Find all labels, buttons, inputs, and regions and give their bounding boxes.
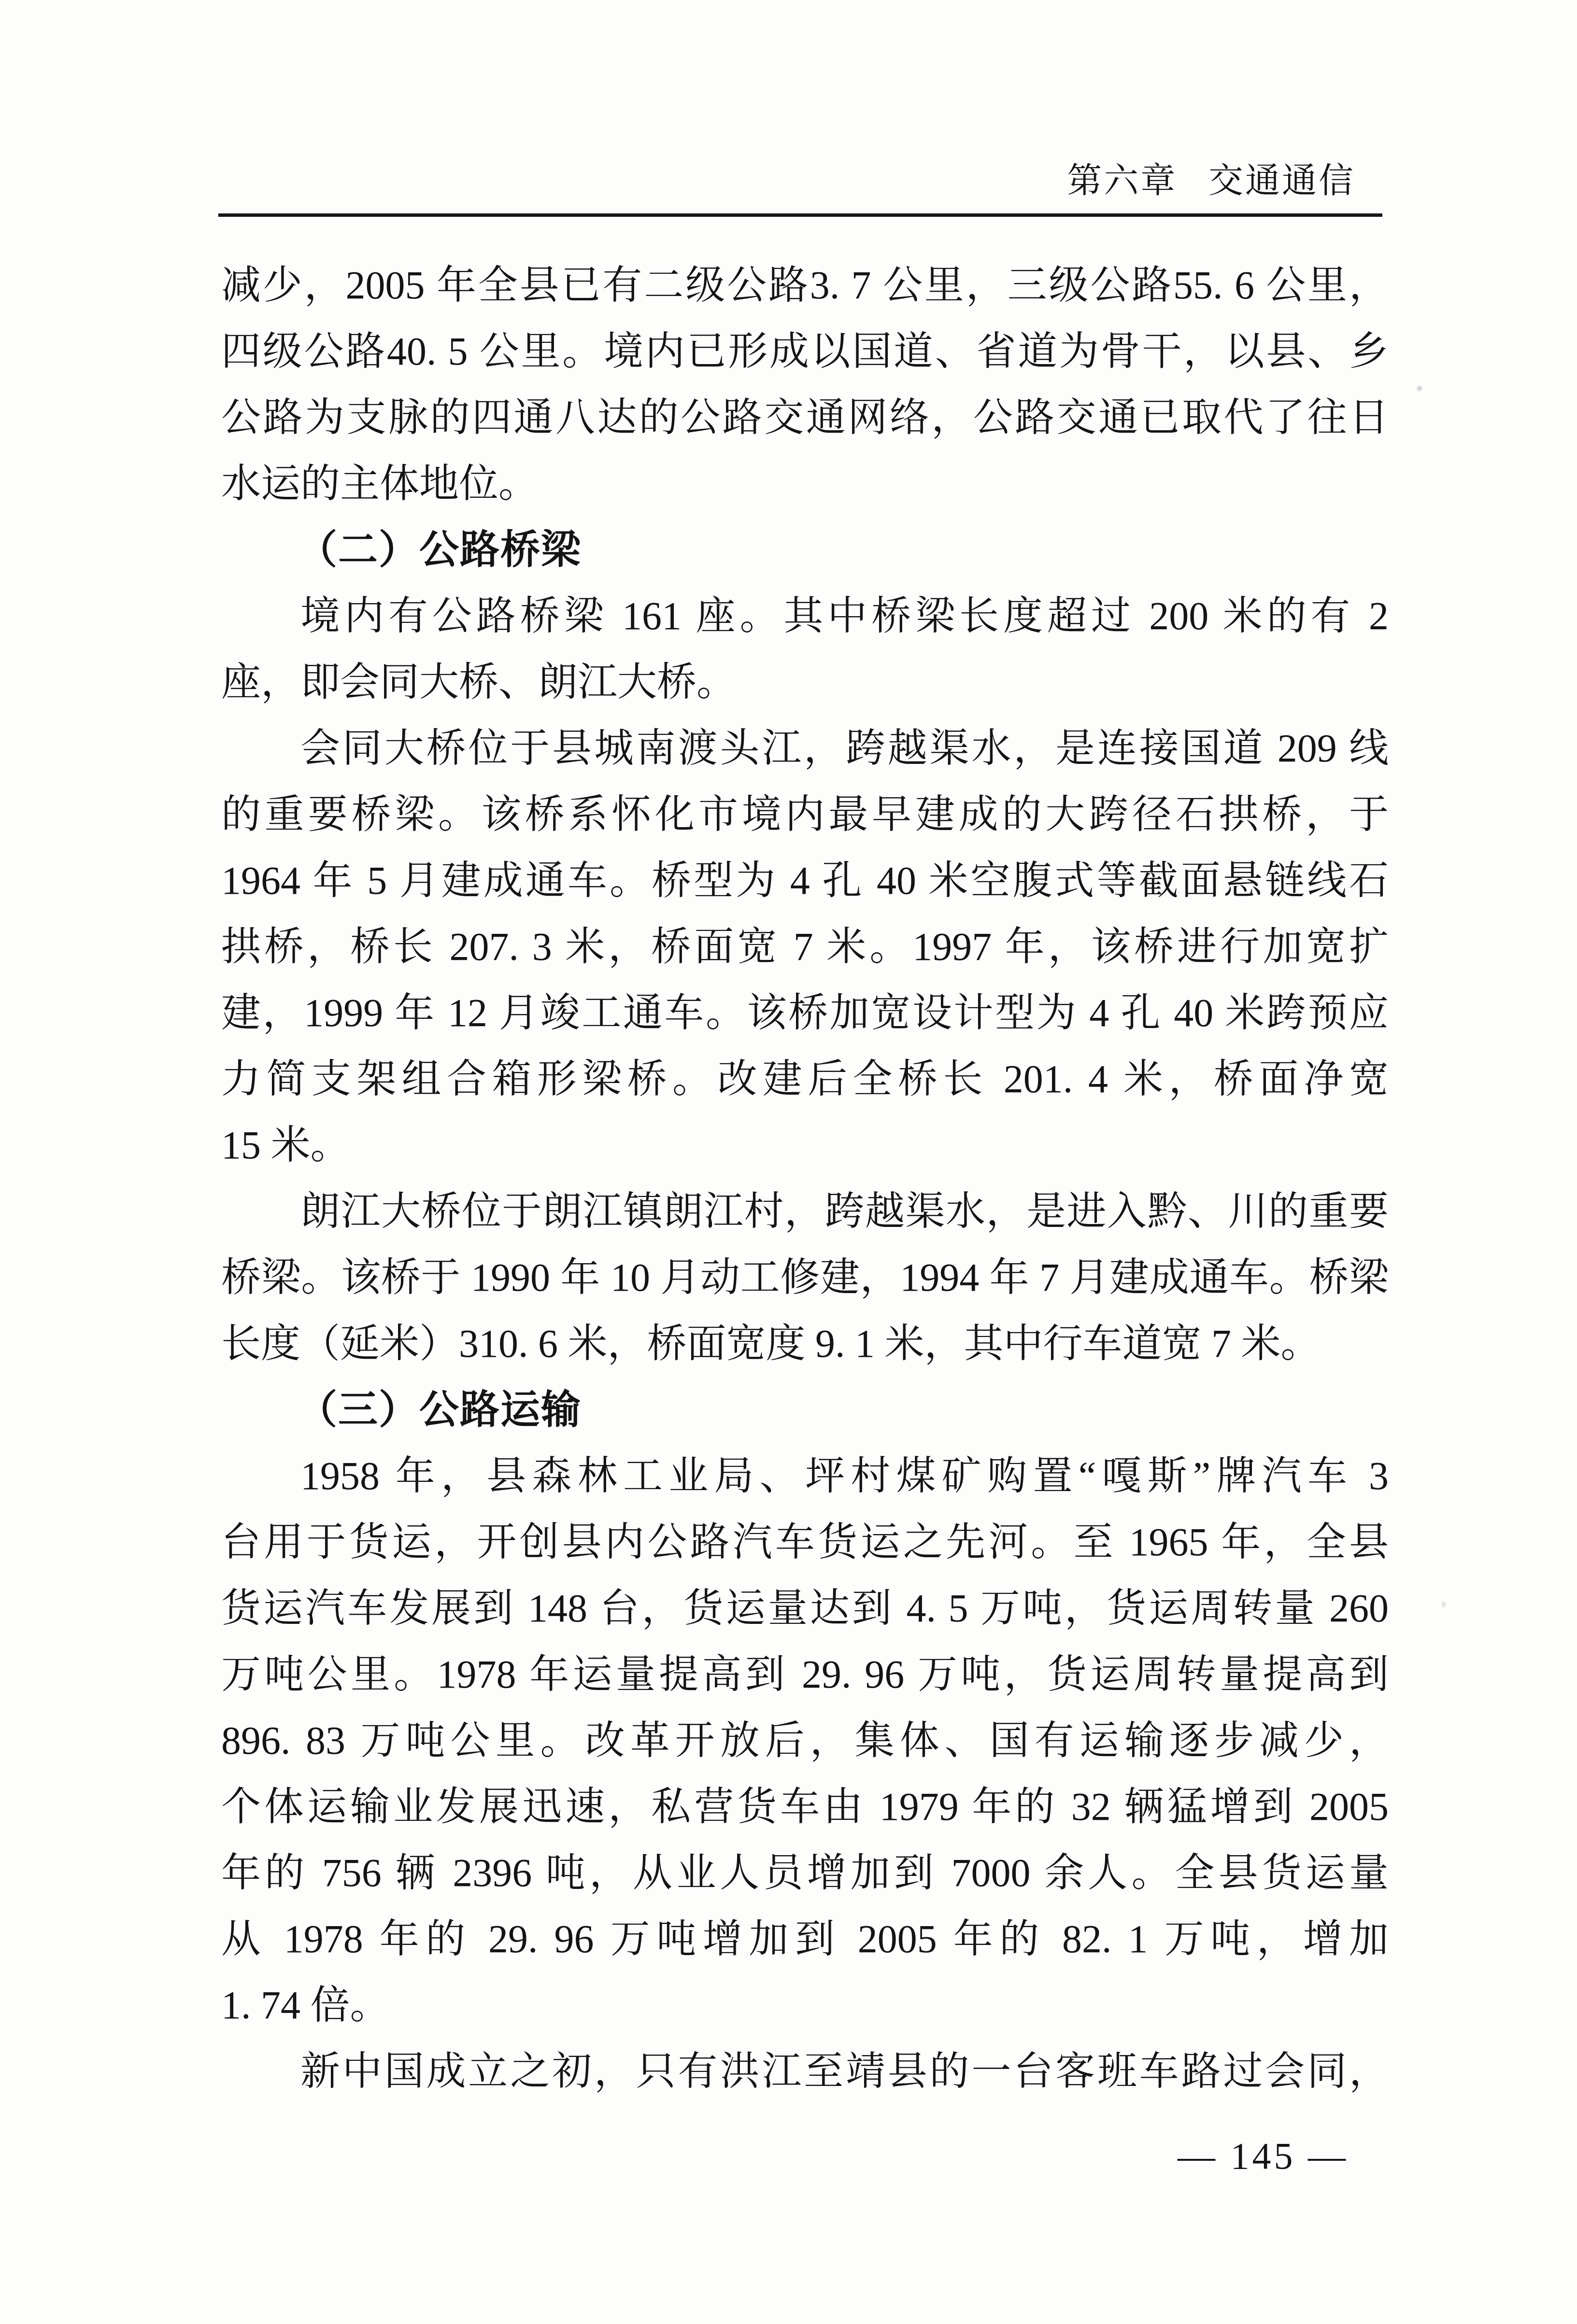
chapter-label: 第六章 — [1067, 161, 1177, 200]
body-line: 1964 年 5 月建成通车。桥型为 4 孔 40 米空腹式等截面悬链线石 — [221, 847, 1389, 914]
chapter-title: 交通通信 — [1208, 161, 1355, 200]
body-line: 会同大桥位于县城南渡头江，跨越渠水，是连接国道 209 线 — [221, 715, 1389, 781]
body-line: 力简支架组合箱形梁桥。改建后全桥长 201. 4 米，桥面净宽 — [221, 1046, 1389, 1112]
body-line: 建，1999 年 12 月竣工通车。该桥加宽设计型为 4 孔 40 米跨预应 — [221, 980, 1389, 1046]
book-page: 第六章交通通信 减少，2005 年全县已有二级公路3. 7 公里，三级公路55.… — [0, 0, 1577, 2324]
body-line: 境内有公路桥梁 161 座。其中桥梁长度超过 200 米的有 2 — [221, 583, 1389, 649]
body-line: 个体运输业发展迅速，私营货车由 1979 年的 32 辆猛增到 2005 — [221, 1774, 1389, 1840]
body-line: 水运的主体地位。 — [221, 451, 1389, 517]
body-line: 万吨公里。1978 年运量提高到 29. 96 万吨，货运周转量提高到 — [221, 1641, 1389, 1707]
body-text: 减少，2005 年全县已有二级公路3. 7 公里，三级公路55. 6 公里， 四… — [221, 252, 1389, 2104]
body-line: 896. 83 万吨公里。改革开放后，集体、国有运输逐步减少， — [221, 1707, 1389, 1774]
body-line: 新中国成立之初，只有洪江至靖县的一台客班车路过会同， — [221, 2038, 1389, 2104]
body-line: 长度（延米）310. 6 米，桥面宽度 9. 1 米，其中行车道宽 7 米。 — [221, 1310, 1389, 1377]
section-heading: （二）公路桥梁 — [221, 517, 1389, 583]
body-line: 台用于货运，开创县内公路汽车货运之先河。至 1965 年，全县 — [221, 1509, 1389, 1575]
body-line: 1. 74 倍。 — [221, 1972, 1389, 2038]
body-line: 的重要桥梁。该桥系怀化市境内最早建成的大跨径石拱桥，于 — [221, 781, 1389, 847]
body-line: 公路为支脉的四通八达的公路交通网络，公路交通已取代了往日 — [221, 384, 1389, 451]
page-number: — 145 — — [1178, 2132, 1349, 2180]
body-line: 货运汽车发展到 148 台，货运量达到 4. 5 万吨，货运周转量 260 — [221, 1575, 1389, 1641]
body-line: 年的 756 辆 2396 吨，从业人员增加到 7000 余人。全县货运量 — [221, 1840, 1389, 1906]
scan-artifact — [1441, 1599, 1446, 1610]
body-line: 桥梁。该桥于 1990 年 10 月动工修建，1994 年 7 月建成通车。桥梁 — [221, 1244, 1389, 1310]
body-line: 减少，2005 年全县已有二级公路3. 7 公里，三级公路55. 6 公里， — [221, 252, 1389, 318]
body-line: 座，即会同大桥、朗江大桥。 — [221, 649, 1389, 715]
body-line: 从 1978 年的 29. 96 万吨增加到 2005 年的 82. 1 万吨，… — [221, 1906, 1389, 1972]
body-line: 15 米。 — [221, 1112, 1389, 1178]
header-rule — [218, 213, 1382, 217]
body-line: 拱桥，桥长 207. 3 米，桥面宽 7 米。1997 年，该桥进行加宽扩 — [221, 914, 1389, 980]
running-header: 第六章交通通信 — [1067, 159, 1355, 202]
body-line: 1958 年，县森林工业局、坪村煤矿购置“嘎斯”牌汽车 3 — [221, 1443, 1389, 1509]
section-heading: （三）公路运输 — [221, 1377, 1389, 1443]
scan-artifact — [1414, 383, 1425, 393]
body-line: 朗江大桥位于朗江镇朗江村，跨越渠水，是进入黔、川的重要 — [221, 1178, 1389, 1244]
body-line: 四级公路40. 5 公里。境内已形成以国道、省道为骨干，以县、乡 — [221, 318, 1389, 384]
